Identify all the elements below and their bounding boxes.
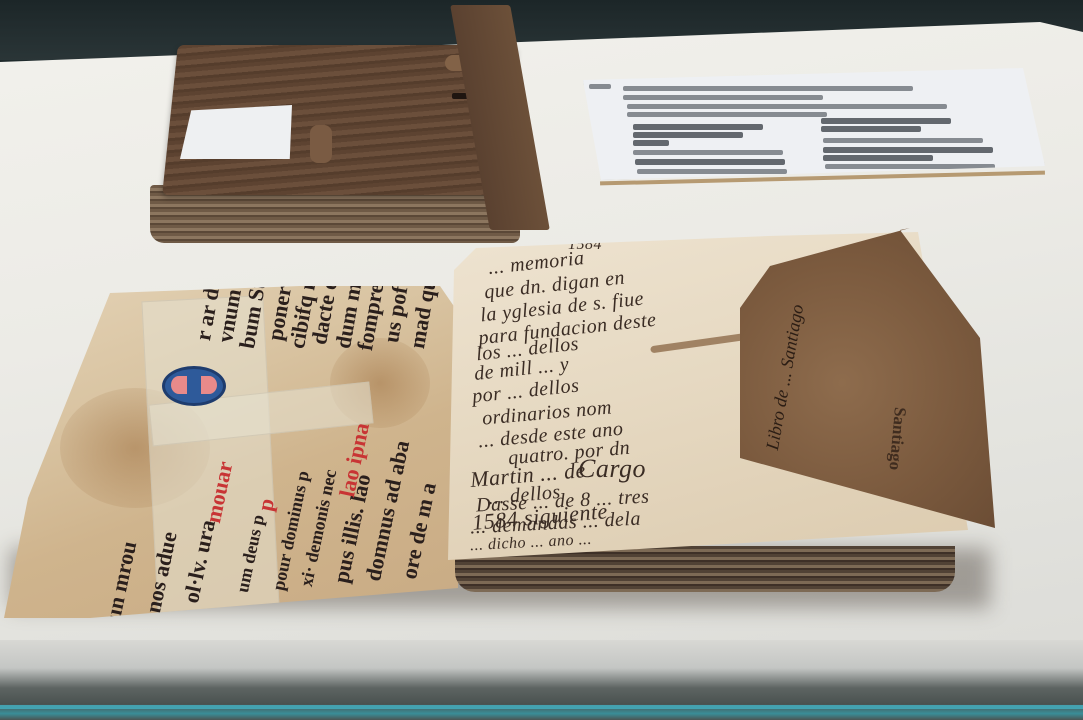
label-heading <box>633 132 743 138</box>
label-line <box>825 164 995 169</box>
label-heading <box>635 159 785 165</box>
exhibit-label-card <box>583 68 1045 180</box>
label-line <box>633 150 783 155</box>
label-line <box>623 86 913 91</box>
label-heading <box>821 118 951 124</box>
label-heading <box>823 155 933 161</box>
label-line <box>627 112 827 117</box>
gothic-text-line: un mrou <box>100 539 142 624</box>
flap-gothic-text: Santiago <box>885 406 910 471</box>
label-line <box>637 169 787 174</box>
label-line <box>823 138 983 143</box>
label-line <box>589 84 611 89</box>
label-line <box>623 95 823 100</box>
cargo-heading: Cargo <box>578 454 646 484</box>
label-heading <box>633 140 669 146</box>
illuminated-initial <box>162 366 226 406</box>
museum-display-scene: r ar der vnum bum Susse poner dm cibifq … <box>0 0 1083 720</box>
closed-book-paper-tag <box>180 105 292 159</box>
open-manuscript-book: r ar der vnum bum Susse poner dm cibifq … <box>0 228 1000 628</box>
parchment-left-page: r ar der vnum bum Susse poner dm cibifq … <box>0 258 462 618</box>
label-heading <box>823 147 993 153</box>
label-heading <box>633 124 763 130</box>
closed-leather-book <box>150 35 535 250</box>
closed-book-strap <box>310 125 332 163</box>
flap-inscription: Libro de ... Santiago <box>762 303 808 452</box>
label-line <box>627 104 947 109</box>
display-case-glass-trim <box>0 705 1083 709</box>
label-heading <box>821 126 921 132</box>
